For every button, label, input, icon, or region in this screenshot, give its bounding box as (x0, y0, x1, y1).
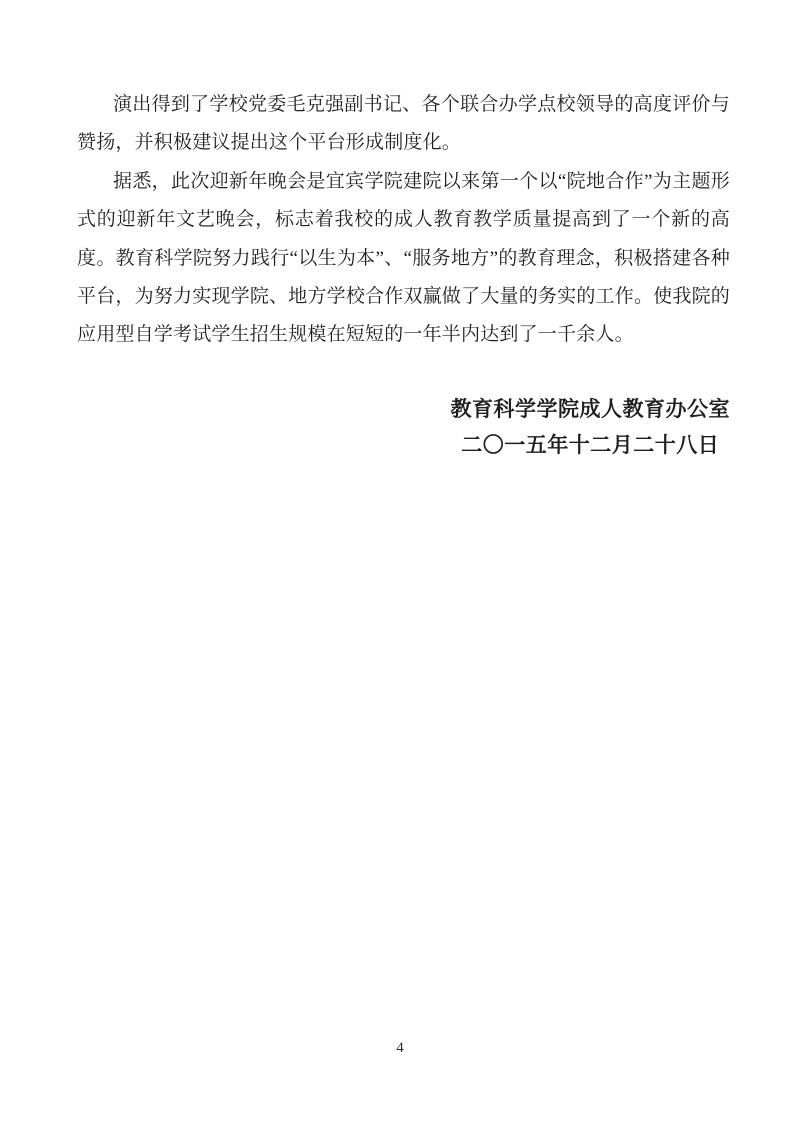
paragraph-2: 据悉，此次迎新年晚会是宜宾学院建院以来第一个以“院地合作”为主题形式的迎新年文艺… (77, 163, 730, 355)
document-page: 演出得到了学校党委毛克强副书记、各个联合办学点校领导的高度评价与赞扬，并积极建议… (0, 0, 800, 1131)
signature-date: 二〇一五年十二月二十八日 (451, 427, 731, 463)
paragraph-1: 演出得到了学校党委毛克强副书记、各个联合办学点校领导的高度评价与赞扬，并积极建议… (77, 86, 730, 163)
document-body: 演出得到了学校党委毛克强副书记、各个联合办学点校领导的高度评价与赞扬，并积极建议… (77, 86, 730, 355)
page-number: 4 (0, 1040, 800, 1057)
signature-block: 教育科学学院成人教育办公室 二〇一五年十二月二十八日 (451, 391, 731, 463)
signature-organization: 教育科学学院成人教育办公室 (451, 391, 731, 427)
